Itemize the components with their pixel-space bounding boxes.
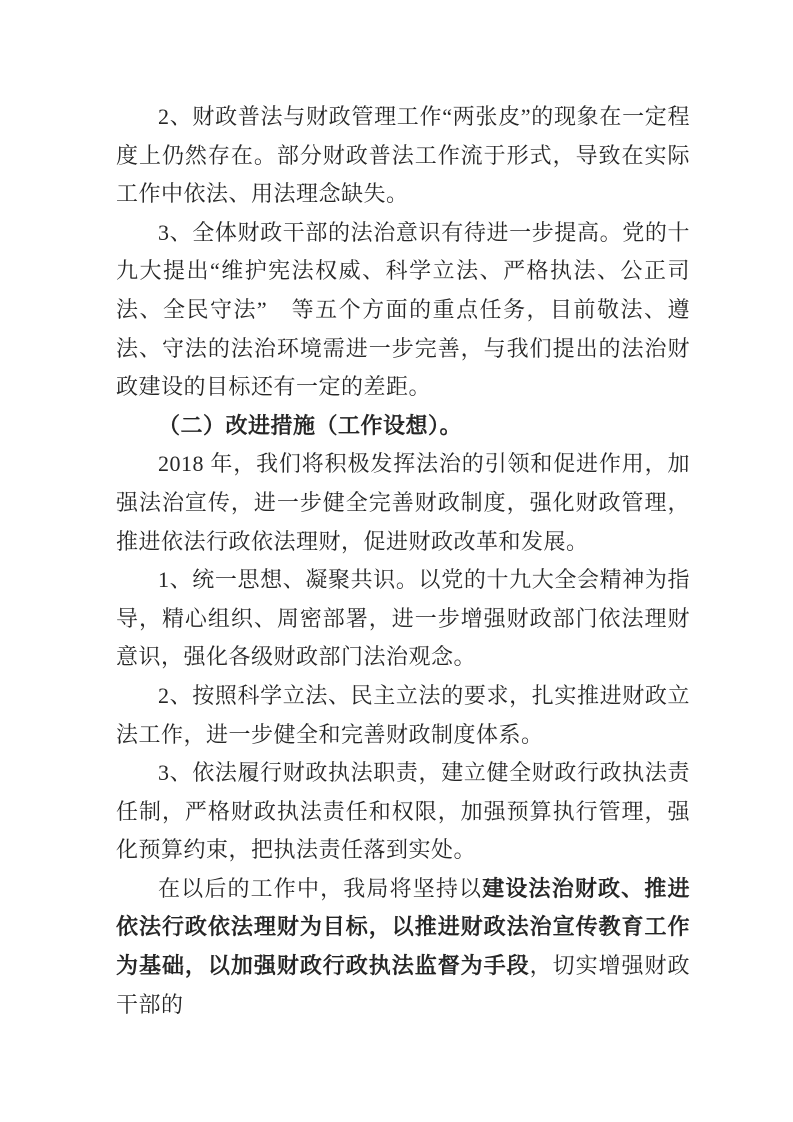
text-run: 3、依法履行财政执法职责，建立健全财政行政执法责任制，严格财政执法责任和权限，加… [116,760,690,862]
text-run: 1、统一思想、凝聚共识。以党的十九大全会精神为指导，精心组织、周密部署，进一步增… [116,567,690,669]
document-page: 2、财政普法与财政管理工作“两张皮”的现象在一定程度上仍然存在。部分财政普法工作… [0,0,793,1122]
emphasized-text-run: （二）改进措施（工作设想）。 [158,413,462,438]
section-heading: （二）改进措施（工作设想）。 [116,407,690,446]
paragraph: 1、统一思想、凝聚共识。以党的十九大全会精神为指导，精心组织、周密部署，进一步增… [116,561,690,677]
paragraph: 3、全体财政干部的法治意识有待进一步提高。党的十九大提出“维护宪法权威、科学立法… [116,214,690,407]
text-run: 3、全体财政干部的法治意识有待进一步提高。党的十九大提出“维护宪法权威、科学立法… [116,220,690,399]
paragraph: 在以后的工作中，我局将坚持以建设法治财政、推进依法行政依法理财为目标，以推进财政… [116,870,690,1024]
text-run: 在以后的工作中，我局将坚持以 [158,876,482,901]
text-run: 2018 年，我们将积极发挥法治的引领和促进作用，加强法治宣传，进一步健全完善财… [116,451,690,553]
text-run: 2、按照科学立法、民主立法的要求，扎实推进财政立法工作，进一步健全和完善财政制度… [116,683,690,747]
paragraph: 2018 年，我们将积极发挥法治的引领和促进作用，加强法治宣传，进一步健全完善财… [116,445,690,561]
text-run: 2、财政普法与财政管理工作“两张皮”的现象在一定程度上仍然存在。部分财政普法工作… [116,104,690,206]
paragraph: 2、按照科学立法、民主立法的要求，扎实推进财政立法工作，进一步健全和完善财政制度… [116,677,690,754]
document-body: 2、财政普法与财政管理工作“两张皮”的现象在一定程度上仍然存在。部分财政普法工作… [116,98,690,1024]
paragraph: 3、依法履行财政执法职责，建立健全财政行政执法责任制，严格财政执法责任和权限，加… [116,754,690,870]
paragraph: 2、财政普法与财政管理工作“两张皮”的现象在一定程度上仍然存在。部分财政普法工作… [116,98,690,214]
